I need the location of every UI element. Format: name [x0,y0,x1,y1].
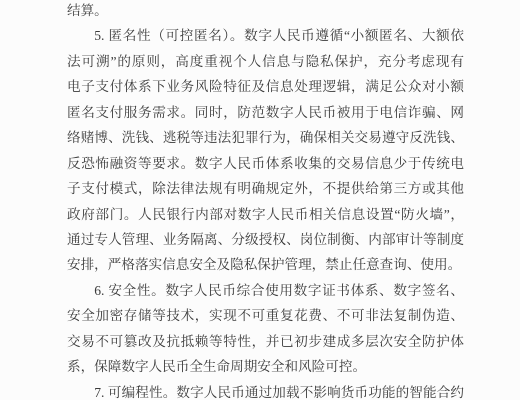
text-line: 系，保障数字人民币全生命周期安全和风险可控。 [67,354,464,379]
text-line: 结算。 [67,0,464,23]
text-line: 7. 可编程性。数字人民币通过加载不影响货币功能的智能合约 [67,380,464,400]
text-line: 交易不可篡改及抗抵赖等特性，并已初步建成多层次安全防护体 [67,329,464,354]
text-line: 子支付模式，除法律法规有明确规定外，不提供给第三方或其他 [67,176,464,201]
text-line: 络赌博、洗钱、逃税等违法犯罪行为，确保相关交易遵守反洗钱、 [67,125,464,150]
text-line: 匿名支付服务需求。同时，防范数字人民币被用于电信诈骗、网 [67,100,464,125]
text-line: 安全加密存储等技术，实现不可重复花费、不可非法复制伪造、 [67,303,464,328]
text-line: 5. 匿名性（可控匿名）。数字人民币遵循“小额匿名、大额依 [67,23,464,48]
text-line: 法可溯”的原则，高度重视个人信息与隐私保护，充分考虑现有 [67,49,464,74]
text-line: 反恐怖融资等要求。数字人民币体系收集的交易信息少于传统电 [67,151,464,176]
text-line: 安排，严格落实信息安全及隐私保护管理，禁止任意查询、使用。 [67,252,464,277]
text-line: 通过专人管理、业务隔离、分级授权、岗位制衡、内部审计等制度 [67,227,464,252]
text-line: 电子支付体系下业务风险特征及信息处理逻辑，满足公众对小额 [67,74,464,99]
document-page: 结算。5. 匿名性（可控匿名）。数字人民币遵循“小额匿名、大额依法可溯”的原则，… [0,0,520,400]
text-line: 政府部门。人民银行内部对数字人民币相关信息设置“防火墙”， [67,202,464,227]
text-line: 6. 安全性。数字人民币综合使用数字证书体系、数字签名、 [67,278,464,303]
document-text-block: 结算。5. 匿名性（可控匿名）。数字人民币遵循“小额匿名、大额依法可溯”的原则，… [67,0,464,400]
